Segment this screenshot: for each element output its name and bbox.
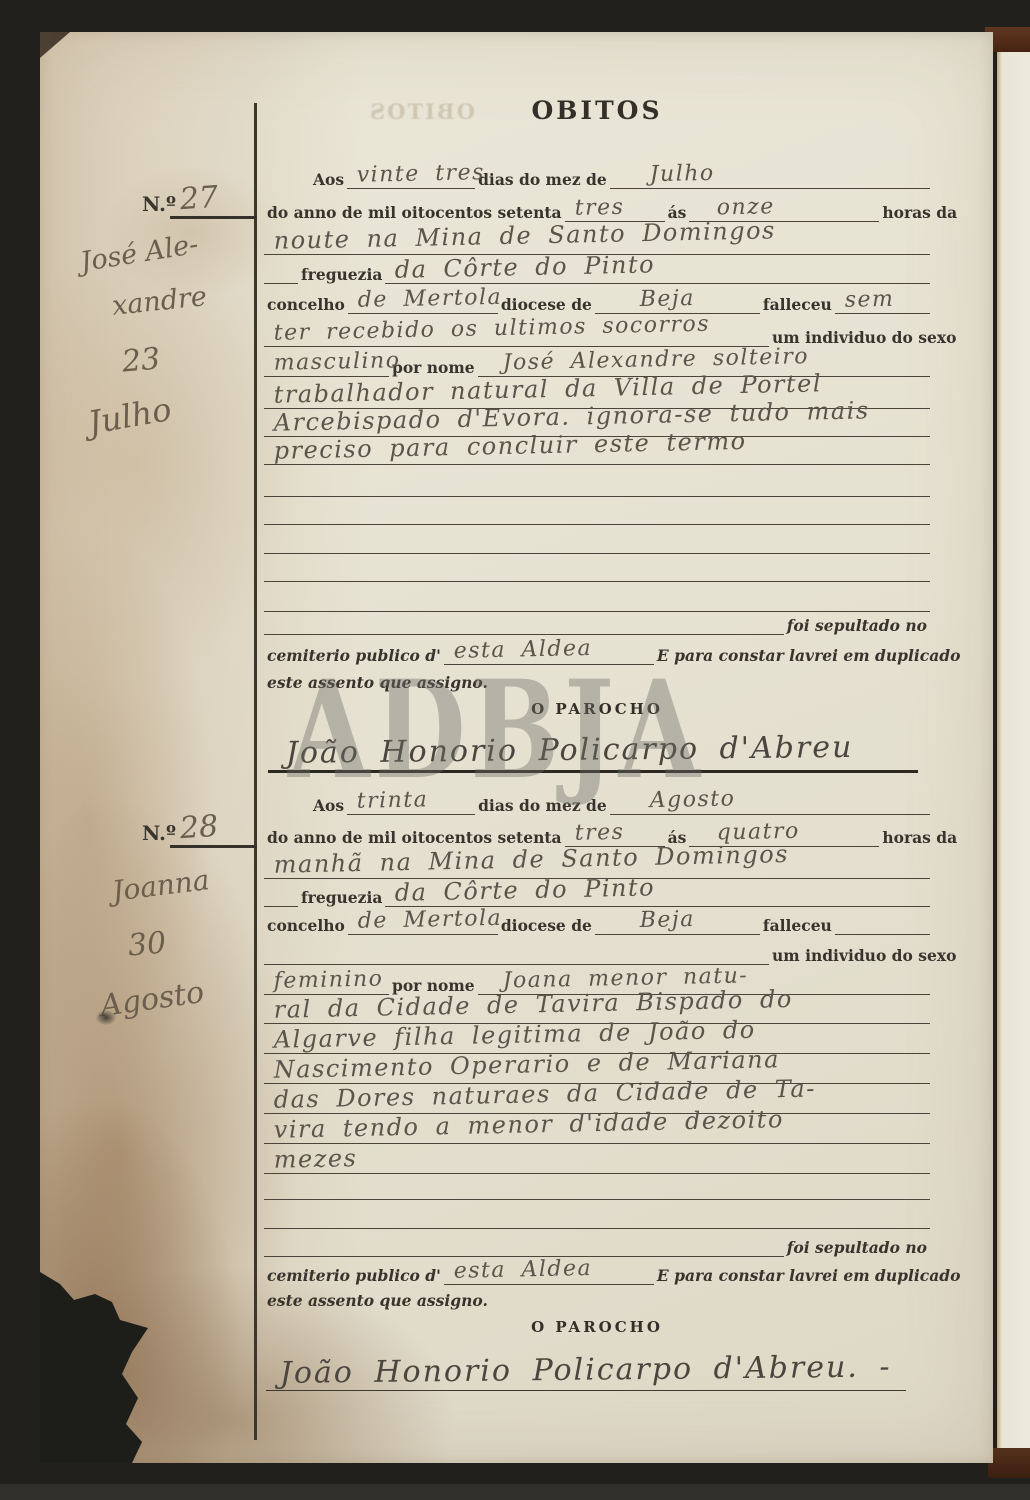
entry1-row-concelho: concelho de Mertola diocese de Beja fall…: [264, 284, 930, 314]
label-freguezia: freguezia: [298, 266, 385, 284]
label-aos: Aos: [310, 797, 347, 815]
margin-vertical-rule: [254, 103, 257, 1440]
label-aos: Aos: [310, 171, 347, 189]
scanned-register-page: OBITOS OBITOS N.º 27 José Ale- xandre 23…: [0, 0, 1030, 1500]
fill-concelho: de Mertola: [348, 904, 498, 935]
fill-day: vinte tres: [347, 158, 475, 189]
ink-spot: [96, 1010, 116, 1025]
entry2-row-year: do anno de mil oitocentos setenta tres á…: [264, 817, 930, 847]
label-concelho: concelho: [264, 296, 348, 314]
entry1-row-year: do anno de mil oitocentos setenta tres á…: [264, 192, 930, 222]
entry2-row-concelho: concelho de Mertola diocese de Beja fall…: [264, 905, 930, 935]
entry2-number: 28: [179, 812, 219, 845]
entry2-row-falleceu2: um individuo do sexo: [264, 935, 930, 965]
label-diocese: diocese de: [498, 296, 595, 314]
fill-freguezia: da Côrte do Pinto: [385, 876, 930, 907]
book-cover-corner-bottom: [988, 1448, 1030, 1478]
fill-sexo: masculino: [264, 346, 389, 377]
entry2-row-freguezia: freguezia da Côrte do Pinto: [264, 877, 930, 907]
fill-cemiterio: esta Aldea: [444, 634, 654, 665]
fill-sexo: feminino: [264, 964, 389, 995]
entry1-row-nome: masculino por nome José Alexandre soltei…: [264, 347, 930, 377]
fill-day: trinta: [347, 784, 475, 815]
fill-diocese: Beja: [595, 904, 760, 935]
entry1-parocho-label: O PAROCHO: [264, 700, 930, 718]
entry1-row-cemiterio: cemiterio publico d' esta Aldea E para c…: [264, 635, 930, 665]
entry2-number-label: N.º: [142, 821, 176, 845]
entry2-row-day: Aos trinta dias do mez de Agosto: [264, 785, 930, 815]
entry1-blank-line: [264, 467, 930, 497]
fill-year: tres: [565, 191, 665, 222]
entry1-row-desc3: preciso para concluir este termo: [264, 435, 930, 465]
fill-concelho: de Mertola: [348, 283, 498, 314]
entry2-signature: João Honorio Policarpo d'Abreu. -: [266, 1350, 906, 1391]
label-falleceu: falleceu: [760, 296, 835, 314]
next-page-edge: [997, 40, 1030, 1456]
entry2-blank-line: [264, 1199, 930, 1229]
label-horas: horas da: [879, 204, 960, 222]
fill-month: Julho: [610, 158, 930, 189]
label-diocese: diocese de: [498, 917, 595, 935]
label-dias: dias do mez de: [475, 797, 610, 815]
label-dias: dias do mez de: [475, 171, 610, 189]
scanner-bed-strip: [0, 1484, 1030, 1500]
fill-desc5: vira tendo a menor d'idade dezoito: [264, 1113, 930, 1144]
fill-place: noute na Mina de Santo Domingos: [264, 224, 930, 255]
entry1-blank-line: [264, 495, 930, 525]
entry2-parocho-label: O PAROCHO: [264, 1318, 930, 1336]
entry1-blank-line: [264, 524, 930, 554]
fill-falleceu2: [264, 934, 769, 965]
label-anno: do anno de mil oitocentos setenta: [264, 829, 565, 847]
entry2-row-sepultado: foi sepultado no: [264, 1227, 930, 1257]
page-title: OBITOS: [264, 96, 930, 125]
fill-freguezia: da Côrte do Pinto: [385, 253, 930, 284]
label-assento: este assento que assigno.: [264, 674, 491, 692]
entry1-number: 27: [179, 183, 219, 216]
entry2-blank-line: [264, 1170, 930, 1200]
entry1-row-assento: este assento que assigno.: [264, 662, 930, 692]
entry2-row-desc5: vira tendo a menor d'idade dezoito: [264, 1114, 930, 1144]
label-falleceu: falleceu: [760, 917, 835, 935]
fill-desc3: preciso para concluir este termo: [264, 434, 930, 465]
entry1-row-sepultado: foi sepultado no: [264, 605, 930, 635]
label-assento: este assento que assigno.: [264, 1292, 491, 1310]
entry2-margin-day: 30: [127, 928, 168, 961]
entry1-blank-line: [264, 552, 930, 582]
fill-falleceu: sem: [835, 283, 930, 314]
fill-falleceu: [835, 904, 930, 935]
entry1-row-freguezia: freguezia da Côrte do Pinto: [264, 254, 930, 284]
label-sepultado: foi sepultado no: [784, 617, 930, 635]
label-horas: horas da: [879, 829, 960, 847]
label-concelho: concelho: [264, 917, 348, 935]
entry1-number-label: N.º: [142, 192, 176, 216]
entry1-margin-day: 23: [121, 344, 162, 377]
entry1-signature: João Honorio Policarpo d'Abreu: [268, 730, 918, 773]
entry1-row-day: Aos vinte tres dias do mez de Julho: [264, 159, 930, 189]
fill-month: Agosto: [610, 784, 930, 815]
fill-falleceu2: ter recebido os ultimos socorros: [264, 316, 769, 347]
entry1-row-place: noute na Mina de Santo Domingos: [264, 225, 930, 255]
fill-diocese: Beja: [595, 283, 760, 314]
label-anno: do anno de mil oitocentos setenta: [264, 204, 565, 222]
entry2-row-assento: este assento que assigno.: [264, 1280, 930, 1310]
label-sexo: um individuo do sexo: [769, 947, 959, 965]
entry1-row-falleceu2: ter recebido os ultimos socorros um indi…: [264, 317, 930, 347]
